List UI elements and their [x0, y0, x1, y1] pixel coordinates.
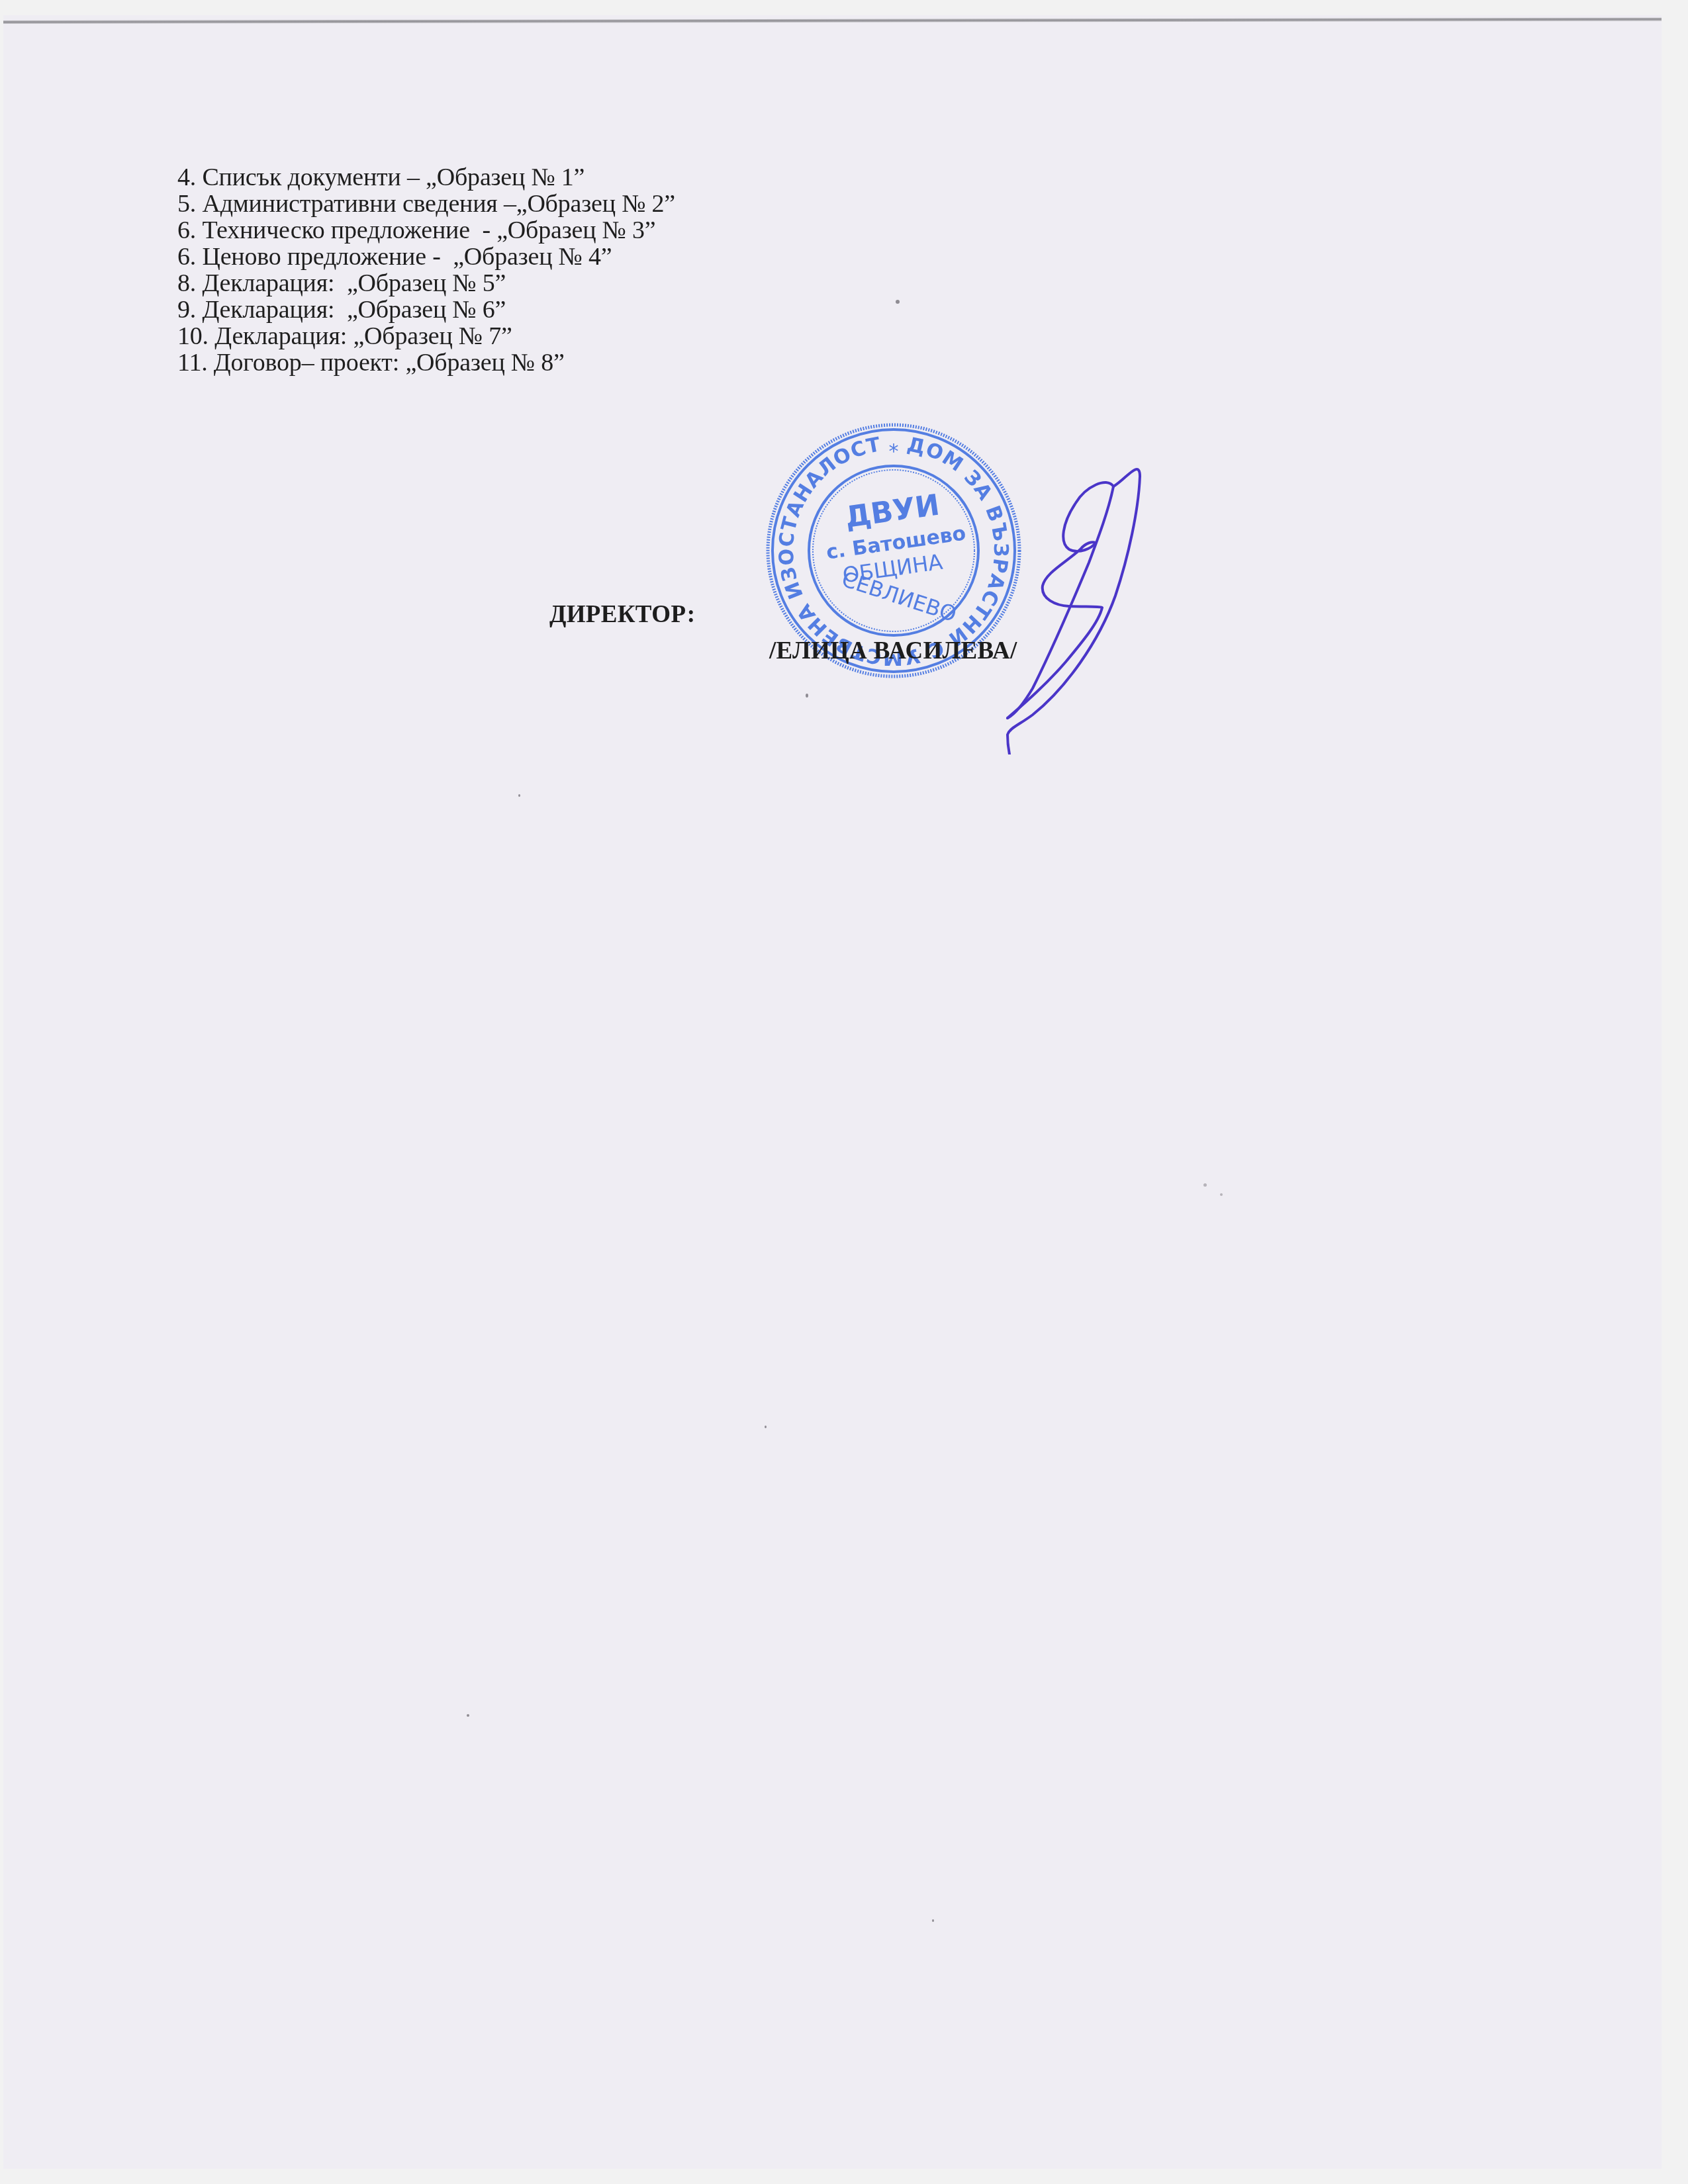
document-list: 4. Списък документи – „Образец № 1” 5. А… [177, 164, 675, 376]
list-item: 10. Декларация: „Образец № 7” [177, 323, 675, 349]
list-item: 11. Договор– проект: „Образец № 8” [177, 349, 675, 376]
director-title: ДИРЕКТОР: [549, 600, 695, 629]
scan-speck [932, 1919, 934, 1922]
scan-speck [1203, 1183, 1207, 1187]
scan-speck [806, 694, 808, 698]
director-name: /ЕЛИЦА ВАСИЛЕВА/ [769, 637, 1017, 665]
scan-speck [518, 794, 520, 797]
handwritten-signature [993, 450, 1192, 754]
scan-speck [467, 1714, 469, 1717]
scan-speck [1220, 1193, 1223, 1196]
list-item: 4. Списък документи – „Образец № 1” [177, 164, 675, 191]
list-item: 6. Ценово предложение - „Образец № 4” [177, 244, 675, 270]
list-item: 5. Административни сведения –„Образец № … [177, 191, 675, 217]
stamp-star: * [889, 440, 899, 463]
scan-speck [896, 300, 900, 304]
list-item: 6. Техническо предложение - „Образец № 3… [177, 217, 675, 244]
list-item: 9. Декларация: „Образец № 6” [177, 296, 675, 323]
scan-speck [765, 1426, 767, 1428]
list-item: 8. Декларация: „Образец № 5” [177, 270, 675, 296]
